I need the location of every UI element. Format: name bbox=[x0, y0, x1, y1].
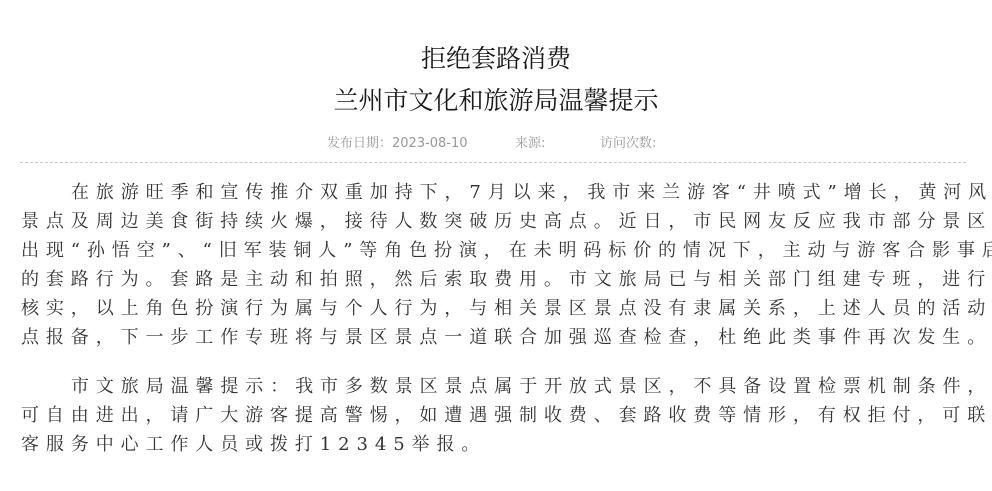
paragraph-line: 可自由进出，请广大游客提高警惕，如遭遇强制收费、套路收费等情形，有权拒付，可联系… bbox=[21, 401, 971, 430]
source-label: 来源: bbox=[515, 135, 545, 153]
paragraph-line: 的套路行为。套路是主动和拍照，然后索取费用。市文旅局已与相关部门组建专班，进行专… bbox=[21, 265, 971, 294]
paragraph-line: 出现“孙悟空”、“旧军装铜人”等角色扮演，在未明码标价的情况下，主动与游客合影事… bbox=[21, 236, 971, 265]
paragraph-line: 景点及周边美食街持续火爆，接待人数突破历史高点。近日，市民网友反应我市部分景区景… bbox=[21, 207, 971, 236]
publish-date: 发布日期：2023-08-10 bbox=[327, 135, 468, 153]
title-line-sub: 兰州市文化和旅游局温馨提示 bbox=[0, 80, 992, 122]
article-title: 拒绝套路消费 兰州市文化和旅游局温馨提示 bbox=[0, 38, 992, 122]
paragraph-2: 市文旅局温馨提示：我市多数景区景点属于开放式景区，不具备设置检票机制条件，游客和… bbox=[21, 372, 971, 459]
title-line-main: 拒绝套路消费 bbox=[0, 38, 992, 80]
paragraph-line: 点报备，下一步工作专班将与景区景点一道联合加强巡查检查，杜绝此类事件再次发生。 bbox=[21, 323, 971, 352]
article-meta: 发布日期：2023-08-10 来源: 访问次数: bbox=[0, 135, 992, 153]
paragraph-line: 客服务中心工作人员或拨打12345举报。 bbox=[21, 430, 971, 459]
visit-count-label: 访问次数: bbox=[600, 135, 656, 153]
paragraph-1: 在旅游旺季和宣传推介双重加持下，7月以来，我市来兰游客“井喷式”增长，黄河风情线… bbox=[21, 178, 971, 352]
article-body: 在旅游旺季和宣传推介双重加持下，7月以来，我市来兰游客“井喷式”增长，黄河风情线… bbox=[21, 178, 971, 459]
paragraph-line: 核实，以上角色扮演行为属与个人行为，与相关景区景点没有隶属关系，上述人员的活动也… bbox=[21, 294, 971, 323]
meta-divider bbox=[20, 162, 966, 163]
paragraph-line: 市文旅局温馨提示：我市多数景区景点属于开放式景区，不具备设置检票机制条件，游客和… bbox=[21, 372, 971, 401]
paragraph-line: 在旅游旺季和宣传推介双重加持下，7月以来，我市来兰游客“井喷式”增长，黄河风情线… bbox=[21, 178, 971, 207]
paragraph-gap bbox=[21, 352, 971, 372]
